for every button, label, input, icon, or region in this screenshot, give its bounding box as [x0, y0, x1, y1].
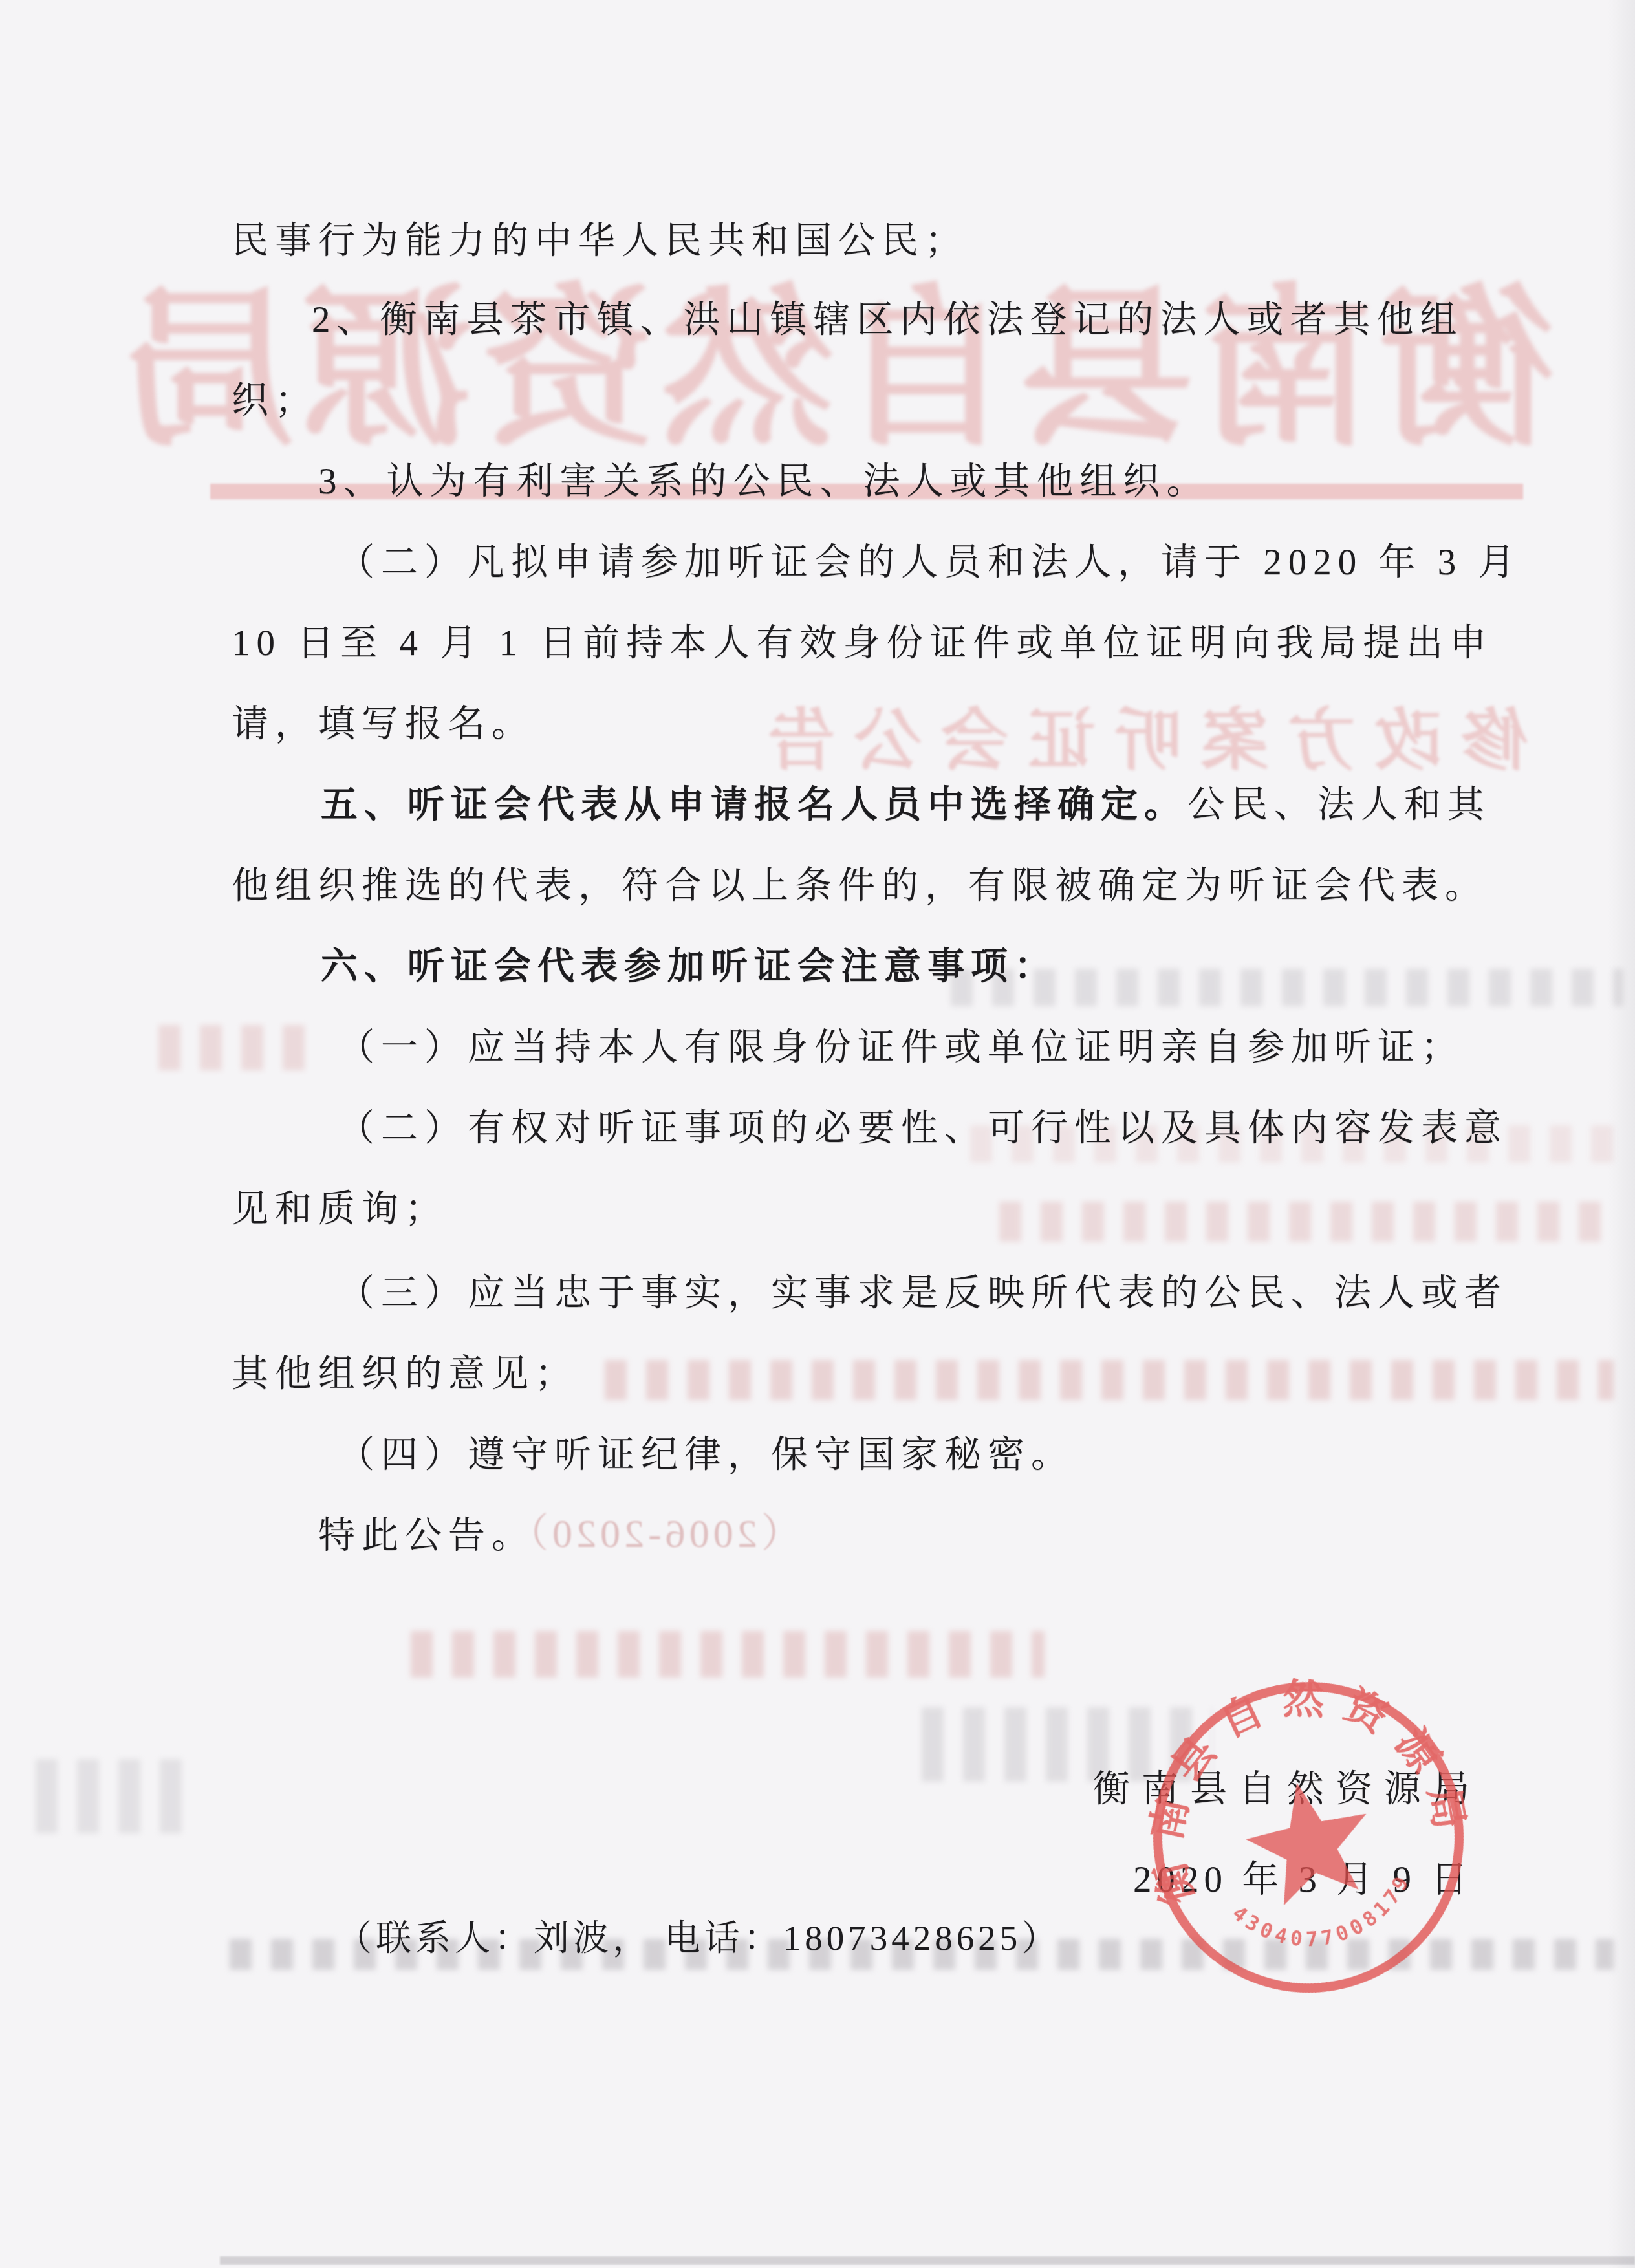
paragraph-segment-bold: 五、听证会代表从申请报名人员中选择确定。 — [321, 784, 1187, 825]
official-seal: 衡南县自然资源局 4304077008179 — [1116, 1645, 1500, 2029]
paragraph-line: 2、衡南县茶市镇、洪山镇辖区内依法登记的法人或者其他组 — [312, 296, 1464, 345]
paragraph-line: （一）应当持本人有限身份证件或单位证明亲自参加听证； — [338, 1023, 1464, 1072]
paragraph-line: （三）应当忠于事实，实事求是反映所代表的公民、法人或者 — [338, 1269, 1508, 1318]
paragraph-line: 3、认为有利害关系的公民、法人或其他组织。 — [318, 457, 1210, 506]
paragraph-segment: 公民、法人和其 — [1187, 784, 1491, 825]
paragraph-line: 民事行为能力的中华人民共和国公民； — [232, 217, 968, 266]
paragraph-line: 10 日至 4 月 1 日前持本人有效身份证件或单位证明向我局提出申 — [232, 619, 1493, 668]
bleed-subtitle: 修改方案听证会公告 — [653, 693, 1623, 790]
bleed-smudge — [158, 1025, 314, 1070]
bleed-smudge — [605, 1360, 1614, 1400]
paragraph-line: 其他组织的意见； — [232, 1350, 578, 1399]
star-icon — [1237, 1770, 1381, 1910]
scan-right-shade — [1608, 0, 1635, 2268]
paragraph-line: （二）凡拟申请参加听证会的人员和法人，请于 2020 年 3 月 — [338, 538, 1522, 587]
bleed-smudge — [999, 1202, 1620, 1242]
paragraph-line: 五、听证会代表从申请报名人员中选择确定。公民、法人和其 — [321, 781, 1491, 830]
paragraph-line: 他组织推选的代表，符合以上条件的，有限被确定为听证会代表。 — [232, 861, 1488, 911]
paragraph-line: 特此公告。 — [318, 1511, 535, 1561]
paragraph-line: （四）遵守听证纪律，保守国家秘密。 — [338, 1431, 1074, 1480]
seal-serial: 4304077008179 — [1224, 1865, 1425, 1969]
paragraph-line: （二）有权对听证事项的必要性、可行性以及具体内容发表意 — [338, 1104, 1508, 1153]
svg-text:4304077008179: 4304077008179 — [1224, 1865, 1425, 1969]
bleed-smudge — [36, 1759, 200, 1833]
scanned-announcement-page: 衡南县自然资源局 修改方案听证会公告 （2006-2020） 民事行为能力的中华… — [0, 0, 1635, 2268]
paragraph-line: 见和质询； — [232, 1185, 448, 1234]
bleed-date-fragment: （2006-2020） — [504, 1508, 801, 1560]
paragraph-line: 六、听证会代表参加听证会注意事项： — [321, 942, 1057, 991]
paragraph-line: 织； — [232, 376, 318, 426]
scan-bottom-edge — [220, 2256, 1635, 2265]
paragraph-line: 请，填写报名。 — [232, 700, 535, 749]
bleed-smudge — [411, 1631, 1045, 1678]
signature-contact: （联系人：刘波， 电话：18073428625） — [336, 1909, 1061, 1960]
